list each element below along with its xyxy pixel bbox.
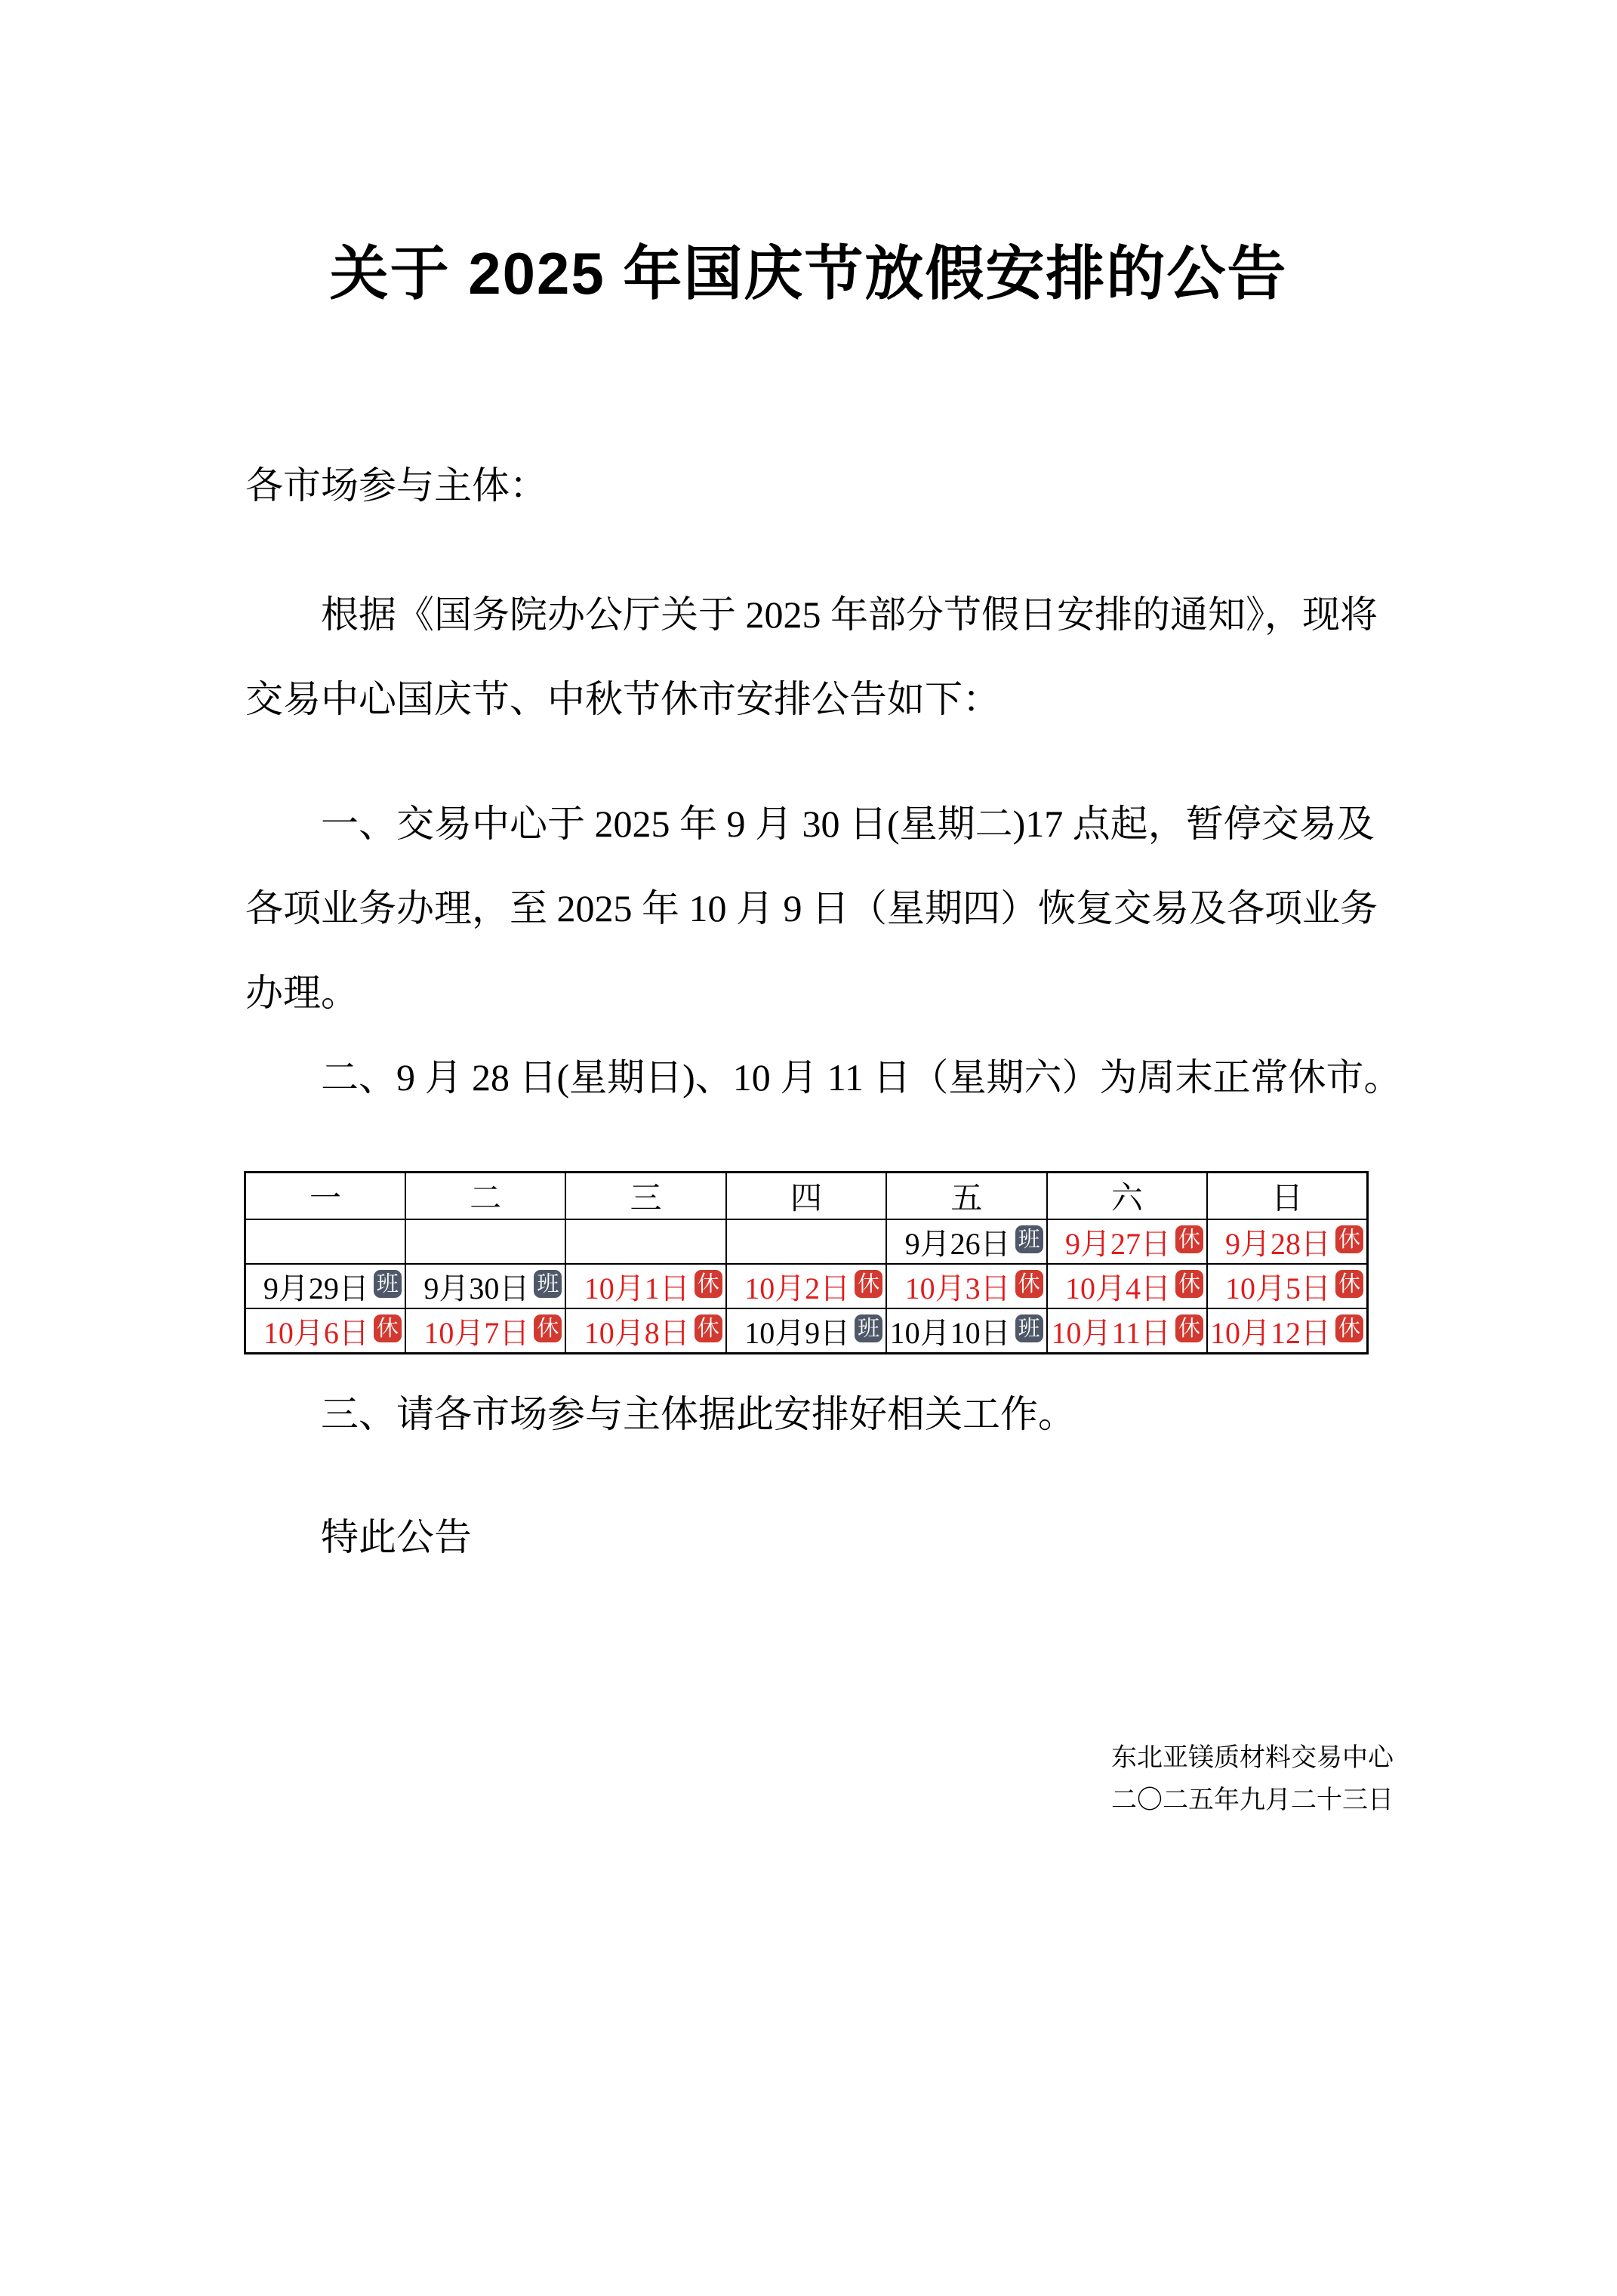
calendar-cell: 10月6日休 xyxy=(245,1308,405,1354)
calendar-cell: 10月12日休 xyxy=(1207,1308,1367,1354)
work-badge-icon: 班 xyxy=(1015,1225,1043,1253)
calendar-cell: 10月8日休 xyxy=(565,1308,725,1354)
calendar-date: 9月28日 xyxy=(1225,1220,1331,1263)
rest-badge-icon: 休 xyxy=(1335,1270,1363,1298)
announcement-page: 关于 2025 年国庆节放假安排的公告 各市场参与主体： 根据《国务院办公厅关于… xyxy=(0,0,1617,2296)
calendar-date: 9月30日 xyxy=(423,1265,529,1308)
calendar-row: 9月29日班9月30日班10月1日休10月2日休10月3日休10月4日休10月5… xyxy=(245,1264,1368,1308)
calendar-cell xyxy=(726,1219,886,1264)
calendar-row: 9月26日班9月27日休9月28日休 xyxy=(245,1219,1368,1264)
closing-line: 特此公告 xyxy=(245,1514,1370,1561)
item2-line: 二、9 月 28 日(星期日)、10 月 11 日（星期六）为周末正常休市。 xyxy=(245,1054,1370,1101)
calendar-date: 9月26日 xyxy=(905,1220,1011,1263)
calendar-cell: 10月4日休 xyxy=(1047,1264,1207,1308)
rest-badge-icon: 休 xyxy=(695,1314,722,1342)
rest-badge-icon: 休 xyxy=(1175,1270,1203,1298)
intro-line-2: 交易中心国庆节、中秋节休市安排公告如下： xyxy=(245,676,1370,723)
calendar-cell: 9月27日休 xyxy=(1047,1219,1207,1264)
calendar-cell: 9月30日班 xyxy=(405,1264,565,1308)
calendar-date: 9月27日 xyxy=(1065,1220,1171,1263)
calendar-cell: 10月2日休 xyxy=(726,1264,886,1308)
calendar-body: 9月26日班9月27日休9月28日休9月29日班9月30日班10月1日休10月2… xyxy=(245,1219,1368,1354)
work-badge-icon: 班 xyxy=(534,1270,562,1298)
rest-badge-icon: 休 xyxy=(1015,1270,1043,1298)
calendar-date: 10月8日 xyxy=(584,1309,690,1352)
calendar-weekday-header: 六 xyxy=(1047,1173,1207,1220)
work-badge-icon: 班 xyxy=(1015,1314,1043,1342)
rest-badge-icon: 休 xyxy=(1335,1225,1363,1253)
calendar-weekday-header: 日 xyxy=(1207,1173,1367,1220)
calendar-date: 10月2日 xyxy=(744,1265,850,1308)
calendar-row: 10月6日休10月7日休10月8日休10月9日班10月10日班10月11日休10… xyxy=(245,1308,1368,1354)
calendar-date: 10月1日 xyxy=(584,1265,690,1308)
calendar-date: 10月4日 xyxy=(1065,1265,1171,1308)
calendar-weekday-header: 一 xyxy=(245,1173,405,1220)
calendar-cell xyxy=(565,1219,725,1264)
calendar-weekday-header: 三 xyxy=(565,1173,725,1220)
calendar-cell: 10月3日休 xyxy=(886,1264,1046,1308)
rest-badge-icon: 休 xyxy=(534,1314,562,1342)
signature-org: 东北亚镁质材料交易中心 xyxy=(1111,1741,1394,1776)
calendar-weekday-header: 四 xyxy=(726,1173,886,1220)
calendar-date: 10月9日 xyxy=(744,1309,850,1352)
calendar-cell: 10月11日休 xyxy=(1047,1308,1207,1354)
calendar-date: 10月10日 xyxy=(890,1309,1011,1352)
calendar-cell: 10月10日班 xyxy=(886,1308,1046,1354)
item3-line: 三、请各市场参与主体据此安排好相关工作。 xyxy=(245,1391,1370,1438)
calendar-date: 10月6日 xyxy=(263,1309,369,1352)
calendar-header-row: 一二三四五六日 xyxy=(245,1173,1368,1220)
calendar-cell: 10月1日休 xyxy=(565,1264,725,1308)
calendar-date: 10月11日 xyxy=(1052,1309,1172,1352)
item1-line-1: 一、交易中心于 2025 年 9 月 30 日(星期二)17 点起，暂停交易及 xyxy=(245,800,1370,847)
calendar-cell: 9月28日休 xyxy=(1207,1219,1367,1264)
item1-line-3: 办理。 xyxy=(245,969,1370,1016)
rest-badge-icon: 休 xyxy=(695,1270,722,1298)
rest-badge-icon: 休 xyxy=(1335,1314,1363,1342)
calendar-cell: 9月29日班 xyxy=(245,1264,405,1308)
calendar-cell: 9月26日班 xyxy=(886,1219,1046,1264)
rest-badge-icon: 休 xyxy=(1175,1314,1203,1342)
work-badge-icon: 班 xyxy=(855,1314,882,1342)
page-title: 关于 2025 年国庆节放假安排的公告 xyxy=(0,237,1617,310)
calendar-cell xyxy=(405,1219,565,1264)
calendar-weekday-header: 五 xyxy=(886,1173,1046,1220)
salutation: 各市场参与主体： xyxy=(245,462,1370,509)
calendar-date: 10月12日 xyxy=(1210,1309,1331,1352)
rest-badge-icon: 休 xyxy=(1175,1225,1203,1253)
rest-badge-icon: 休 xyxy=(855,1270,882,1298)
calendar-date: 10月7日 xyxy=(423,1309,529,1352)
work-badge-icon: 班 xyxy=(374,1270,402,1298)
calendar-weekday-header: 二 xyxy=(405,1173,565,1220)
calendar-cell: 10月5日休 xyxy=(1207,1264,1367,1308)
calendar-cell xyxy=(245,1219,405,1264)
calendar-cell: 10月7日休 xyxy=(405,1308,565,1354)
holiday-calendar-table: 一二三四五六日 9月26日班9月27日休9月28日休9月29日班9月30日班10… xyxy=(244,1171,1369,1354)
calendar-date: 10月5日 xyxy=(1225,1265,1331,1308)
item1-line-2: 各项业务办理，至 2025 年 10 月 9 日（星期四）恢复交易及各项业务 xyxy=(245,885,1370,932)
rest-badge-icon: 休 xyxy=(374,1314,402,1342)
signature-date: 二〇二五年九月二十三日 xyxy=(1111,1783,1394,1818)
calendar-date: 10月3日 xyxy=(905,1265,1011,1308)
calendar-date: 9月29日 xyxy=(263,1265,369,1308)
calendar-cell: 10月9日班 xyxy=(726,1308,886,1354)
intro-line-1: 根据《国务院办公厅关于 2025 年部分节假日安排的通知》，现将 xyxy=(245,591,1370,638)
